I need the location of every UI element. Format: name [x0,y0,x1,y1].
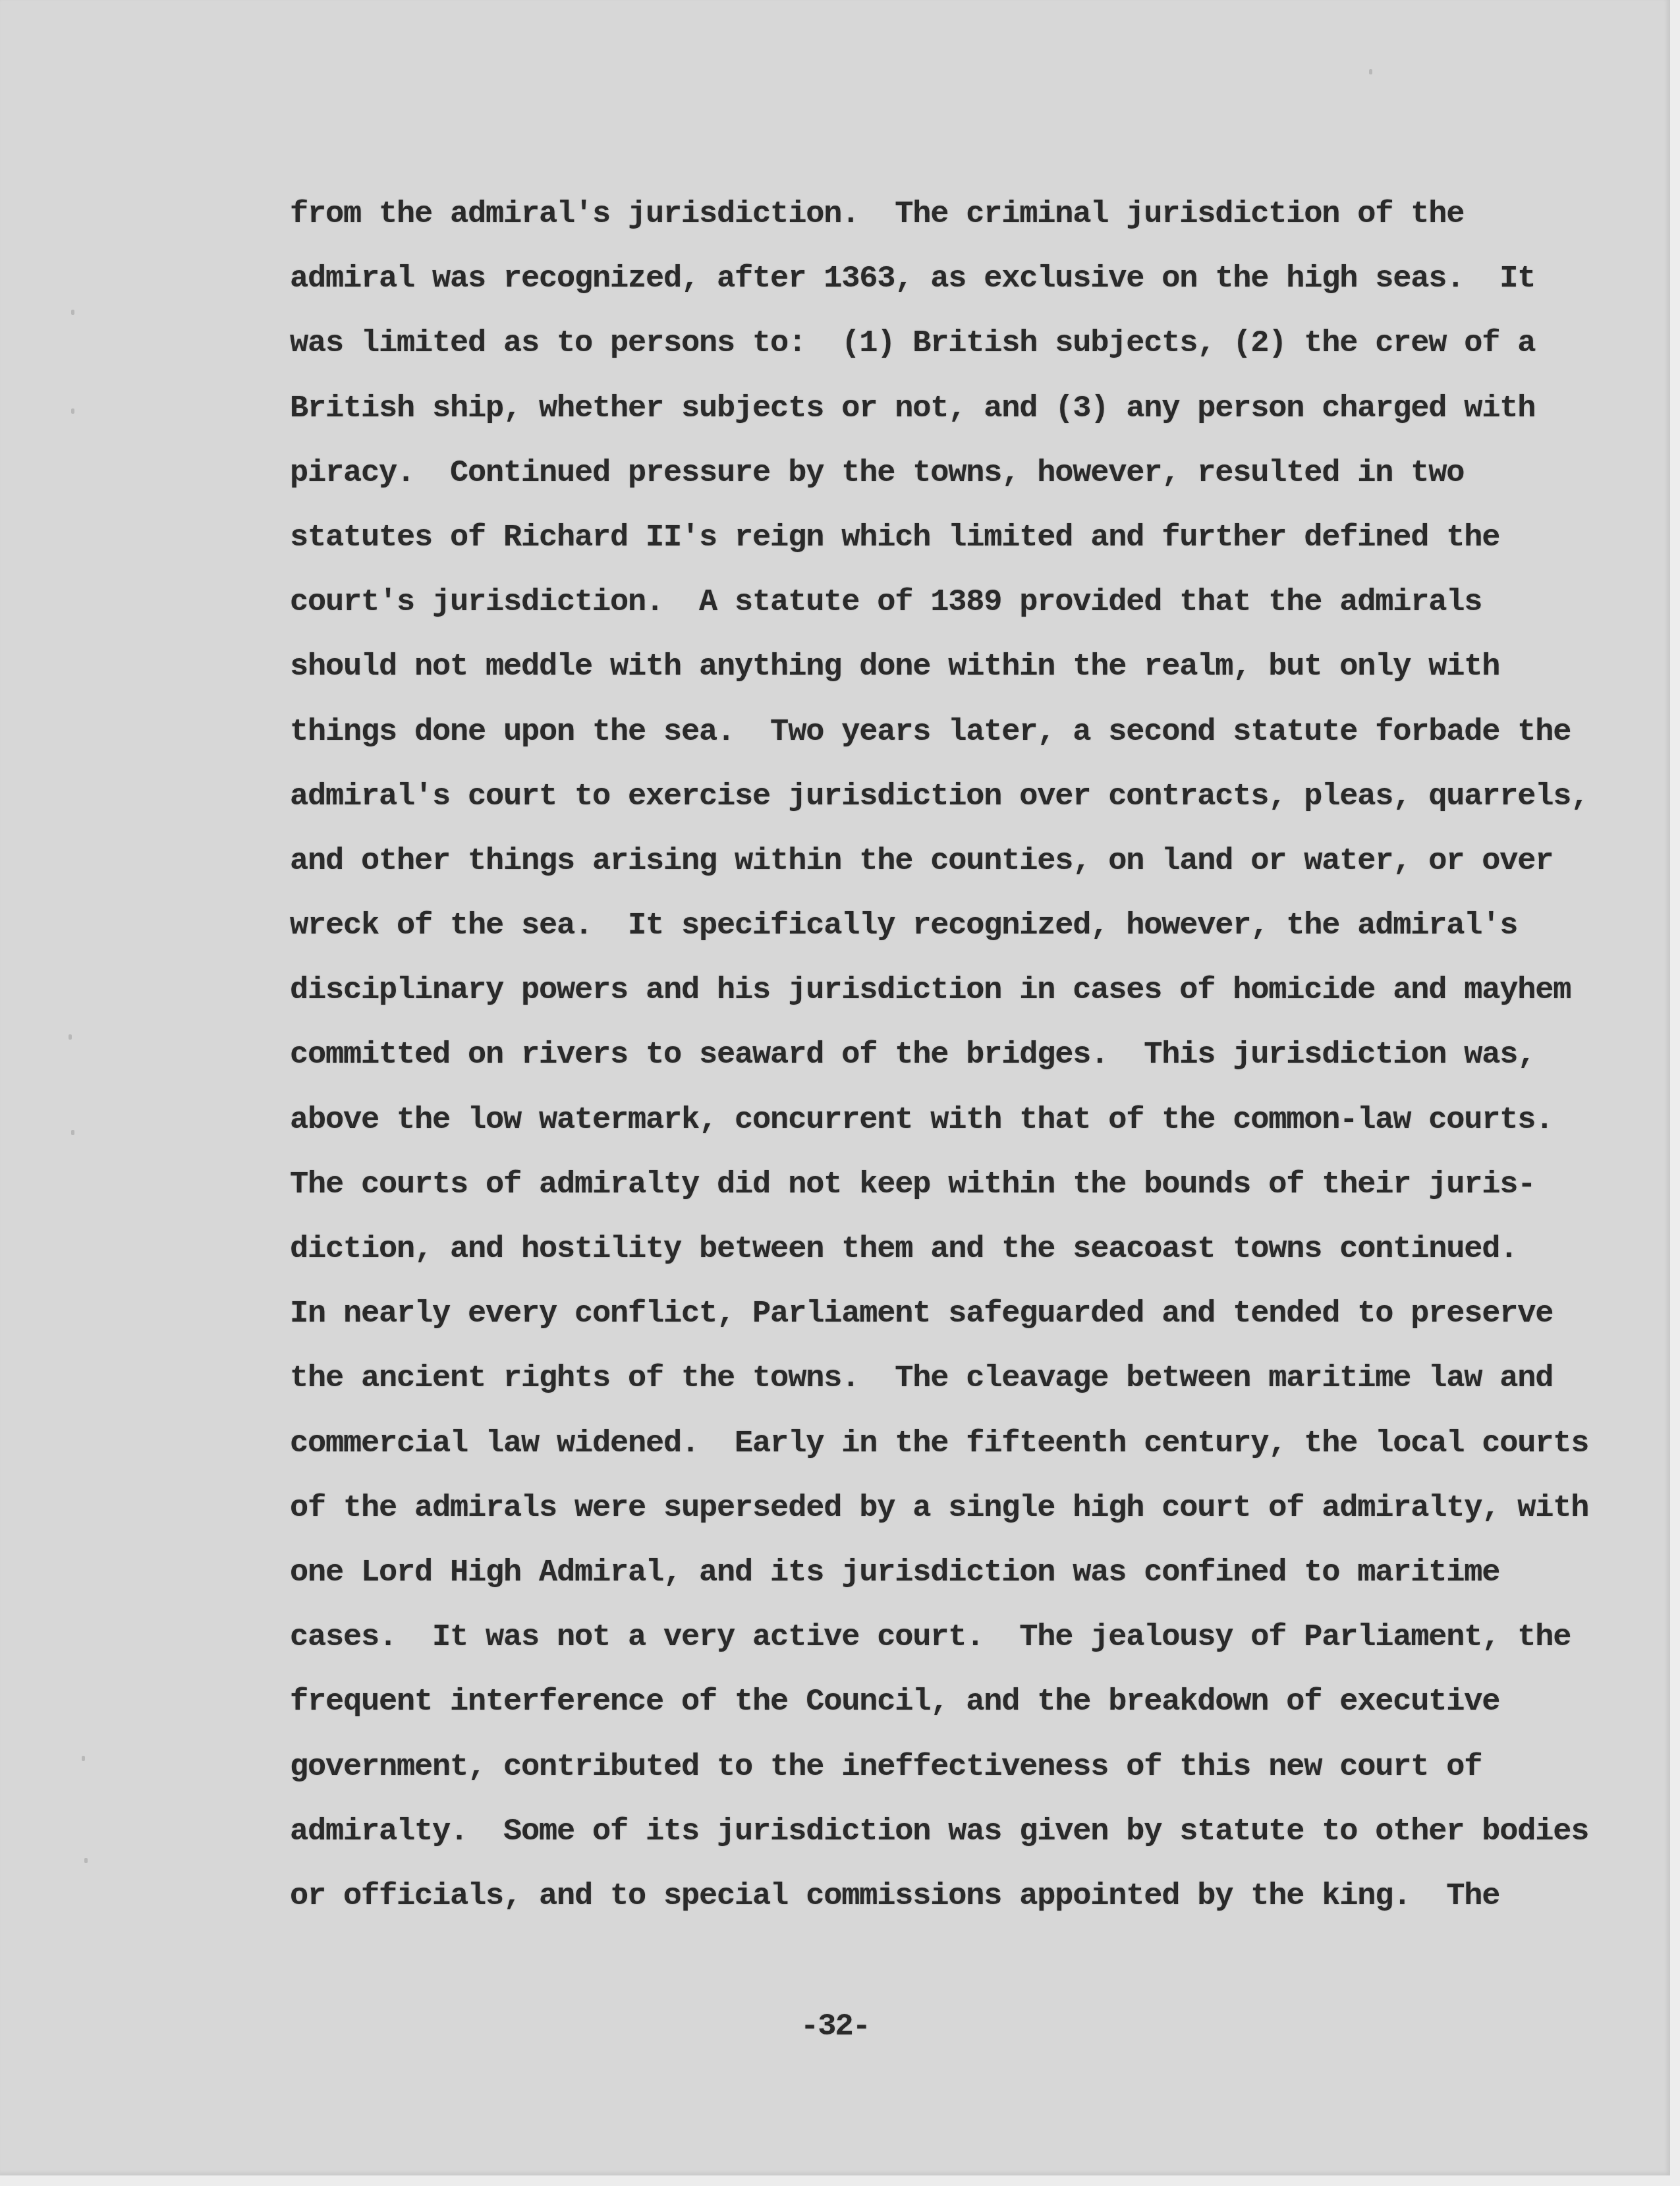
text-line: government, contributed to the ineffecti… [290,1742,1542,1807]
page-number: -32- [0,2009,1670,2044]
text-line: from the admiral's jurisdiction. The cri… [290,189,1542,254]
text-line: the ancient rights of the towns. The cle… [290,1353,1542,1418]
text-line: admiral's court to exercise jurisdiction… [290,771,1542,836]
text-line: disciplinary powers and his jurisdiction… [290,965,1542,1030]
text-line: should not meddle with anything done wit… [290,642,1542,706]
scan-speck [71,310,74,315]
scan-speck [82,1756,85,1761]
text-line: or officials, and to special commissions… [290,1871,1542,1936]
text-line: statutes of Richard II's reign which lim… [290,513,1542,577]
text-line: frequent interference of the Council, an… [290,1677,1542,1741]
text-line: admiralty. Some of its jurisdiction was … [290,1807,1542,1871]
text-line: and other things arising within the coun… [290,836,1542,901]
text-line: admiral was recognized, after 1363, as e… [290,254,1542,318]
text-line: commercial law widened. Early in the fif… [290,1418,1542,1483]
text-line: was limited as to persons to: (1) Britis… [290,318,1542,383]
scan-speck [71,1130,74,1135]
text-line: cases. It was not a very active court. T… [290,1612,1542,1677]
text-line: diction, and hostility between them and … [290,1224,1542,1289]
text-line: British ship, whether subjects or not, a… [290,383,1542,448]
document-page: from the admiral's jurisdiction. The cri… [0,0,1670,2175]
text-line: The courts of admiralty did not keep wit… [290,1160,1542,1224]
text-line: things done upon the sea. Two years late… [290,707,1542,771]
text-line: of the admirals were superseded by a sin… [290,1483,1542,1548]
text-line: committed on rivers to seaward of the br… [290,1030,1542,1094]
scan-speck [69,1034,72,1040]
body-text: from the admiral's jurisdiction. The cri… [290,189,1542,1936]
scan-speck [71,408,74,414]
text-line: one Lord High Admiral, and its jurisdict… [290,1548,1542,1612]
text-line: piracy. Continued pressure by the towns,… [290,448,1542,513]
text-line: In nearly every conflict, Parliament saf… [290,1289,1542,1353]
text-line: court's jurisdiction. A statute of 1389 … [290,577,1542,642]
text-line: wreck of the sea. It specifically recogn… [290,901,1542,965]
scan-speck [1369,69,1372,74]
text-line: above the low watermark, concurrent with… [290,1095,1542,1160]
scan-speck [84,1858,88,1863]
